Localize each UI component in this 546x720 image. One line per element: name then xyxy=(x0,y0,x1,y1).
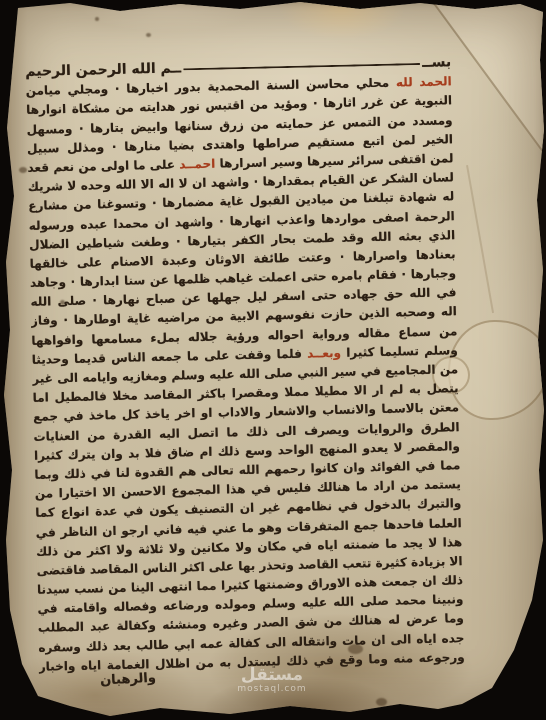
ink-text: وسلم تسليما كثيرا xyxy=(341,343,458,360)
manuscript-text-block: بســ ــم الله الرحمن الرحيم الحمد لله مح… xyxy=(25,53,465,677)
manuscript-lines: الحمد لله محلي محاسن السنة المحمدية بدور… xyxy=(26,72,465,676)
ink-speck xyxy=(146,33,151,37)
red-ink-word: وبعــد xyxy=(307,346,341,361)
manuscript-photo: بســ ــم الله الرحمن الرحيم الحمد لله مح… xyxy=(0,0,546,720)
watermark-domain: mostaql.com xyxy=(222,684,322,694)
basmala-right-part: بســ xyxy=(422,53,452,73)
water-stain xyxy=(448,320,546,420)
ink-text: على ما اولى من نعم قعد xyxy=(27,157,179,174)
basmala-extension-stroke xyxy=(183,63,420,70)
ink-speck xyxy=(19,167,27,173)
ink-speck xyxy=(376,698,387,706)
wrinkle-line xyxy=(467,165,495,313)
red-ink-word: الحمد لله xyxy=(389,74,452,89)
catchword: والرهبان xyxy=(92,670,165,689)
red-ink-word: احمــد xyxy=(179,157,215,172)
watermark-brand-arabic: مستقل xyxy=(222,666,322,684)
ink-speck xyxy=(95,17,99,21)
watermark: مستقل mostaql.com xyxy=(222,666,322,694)
ink-text: لمن اقتفى سرائر سيرها وسير اسرارها xyxy=(215,151,453,170)
manuscript-page: بســ ــم الله الرحمن الرحيم الحمد لله مح… xyxy=(0,0,546,720)
